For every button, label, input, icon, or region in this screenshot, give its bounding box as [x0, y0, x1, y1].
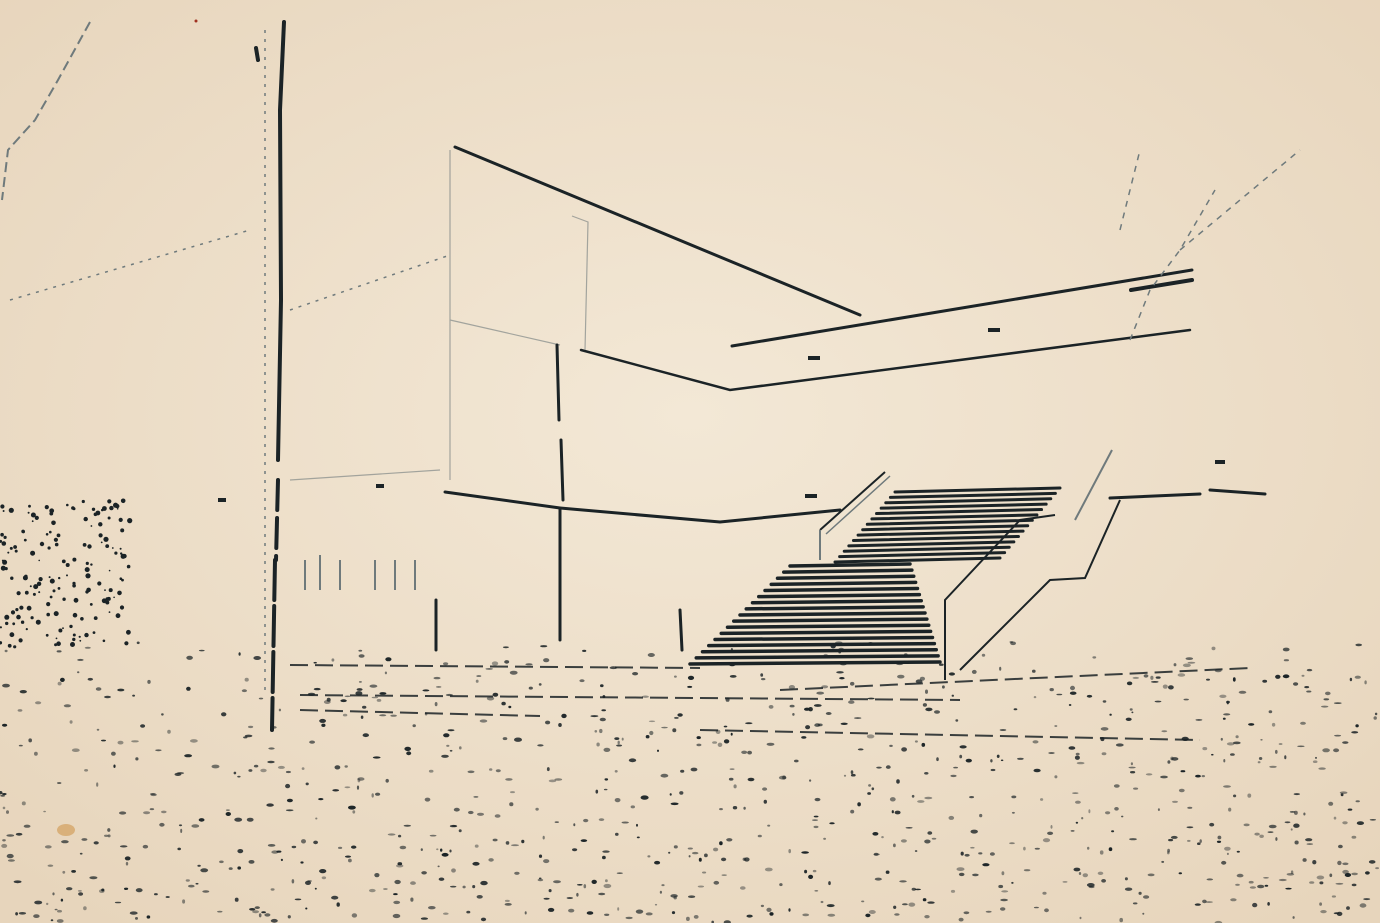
paper-speck: [57, 824, 75, 836]
paper-tone: [0, 0, 1380, 923]
red-speck: [195, 20, 198, 23]
architectural-print: [0, 0, 1380, 923]
